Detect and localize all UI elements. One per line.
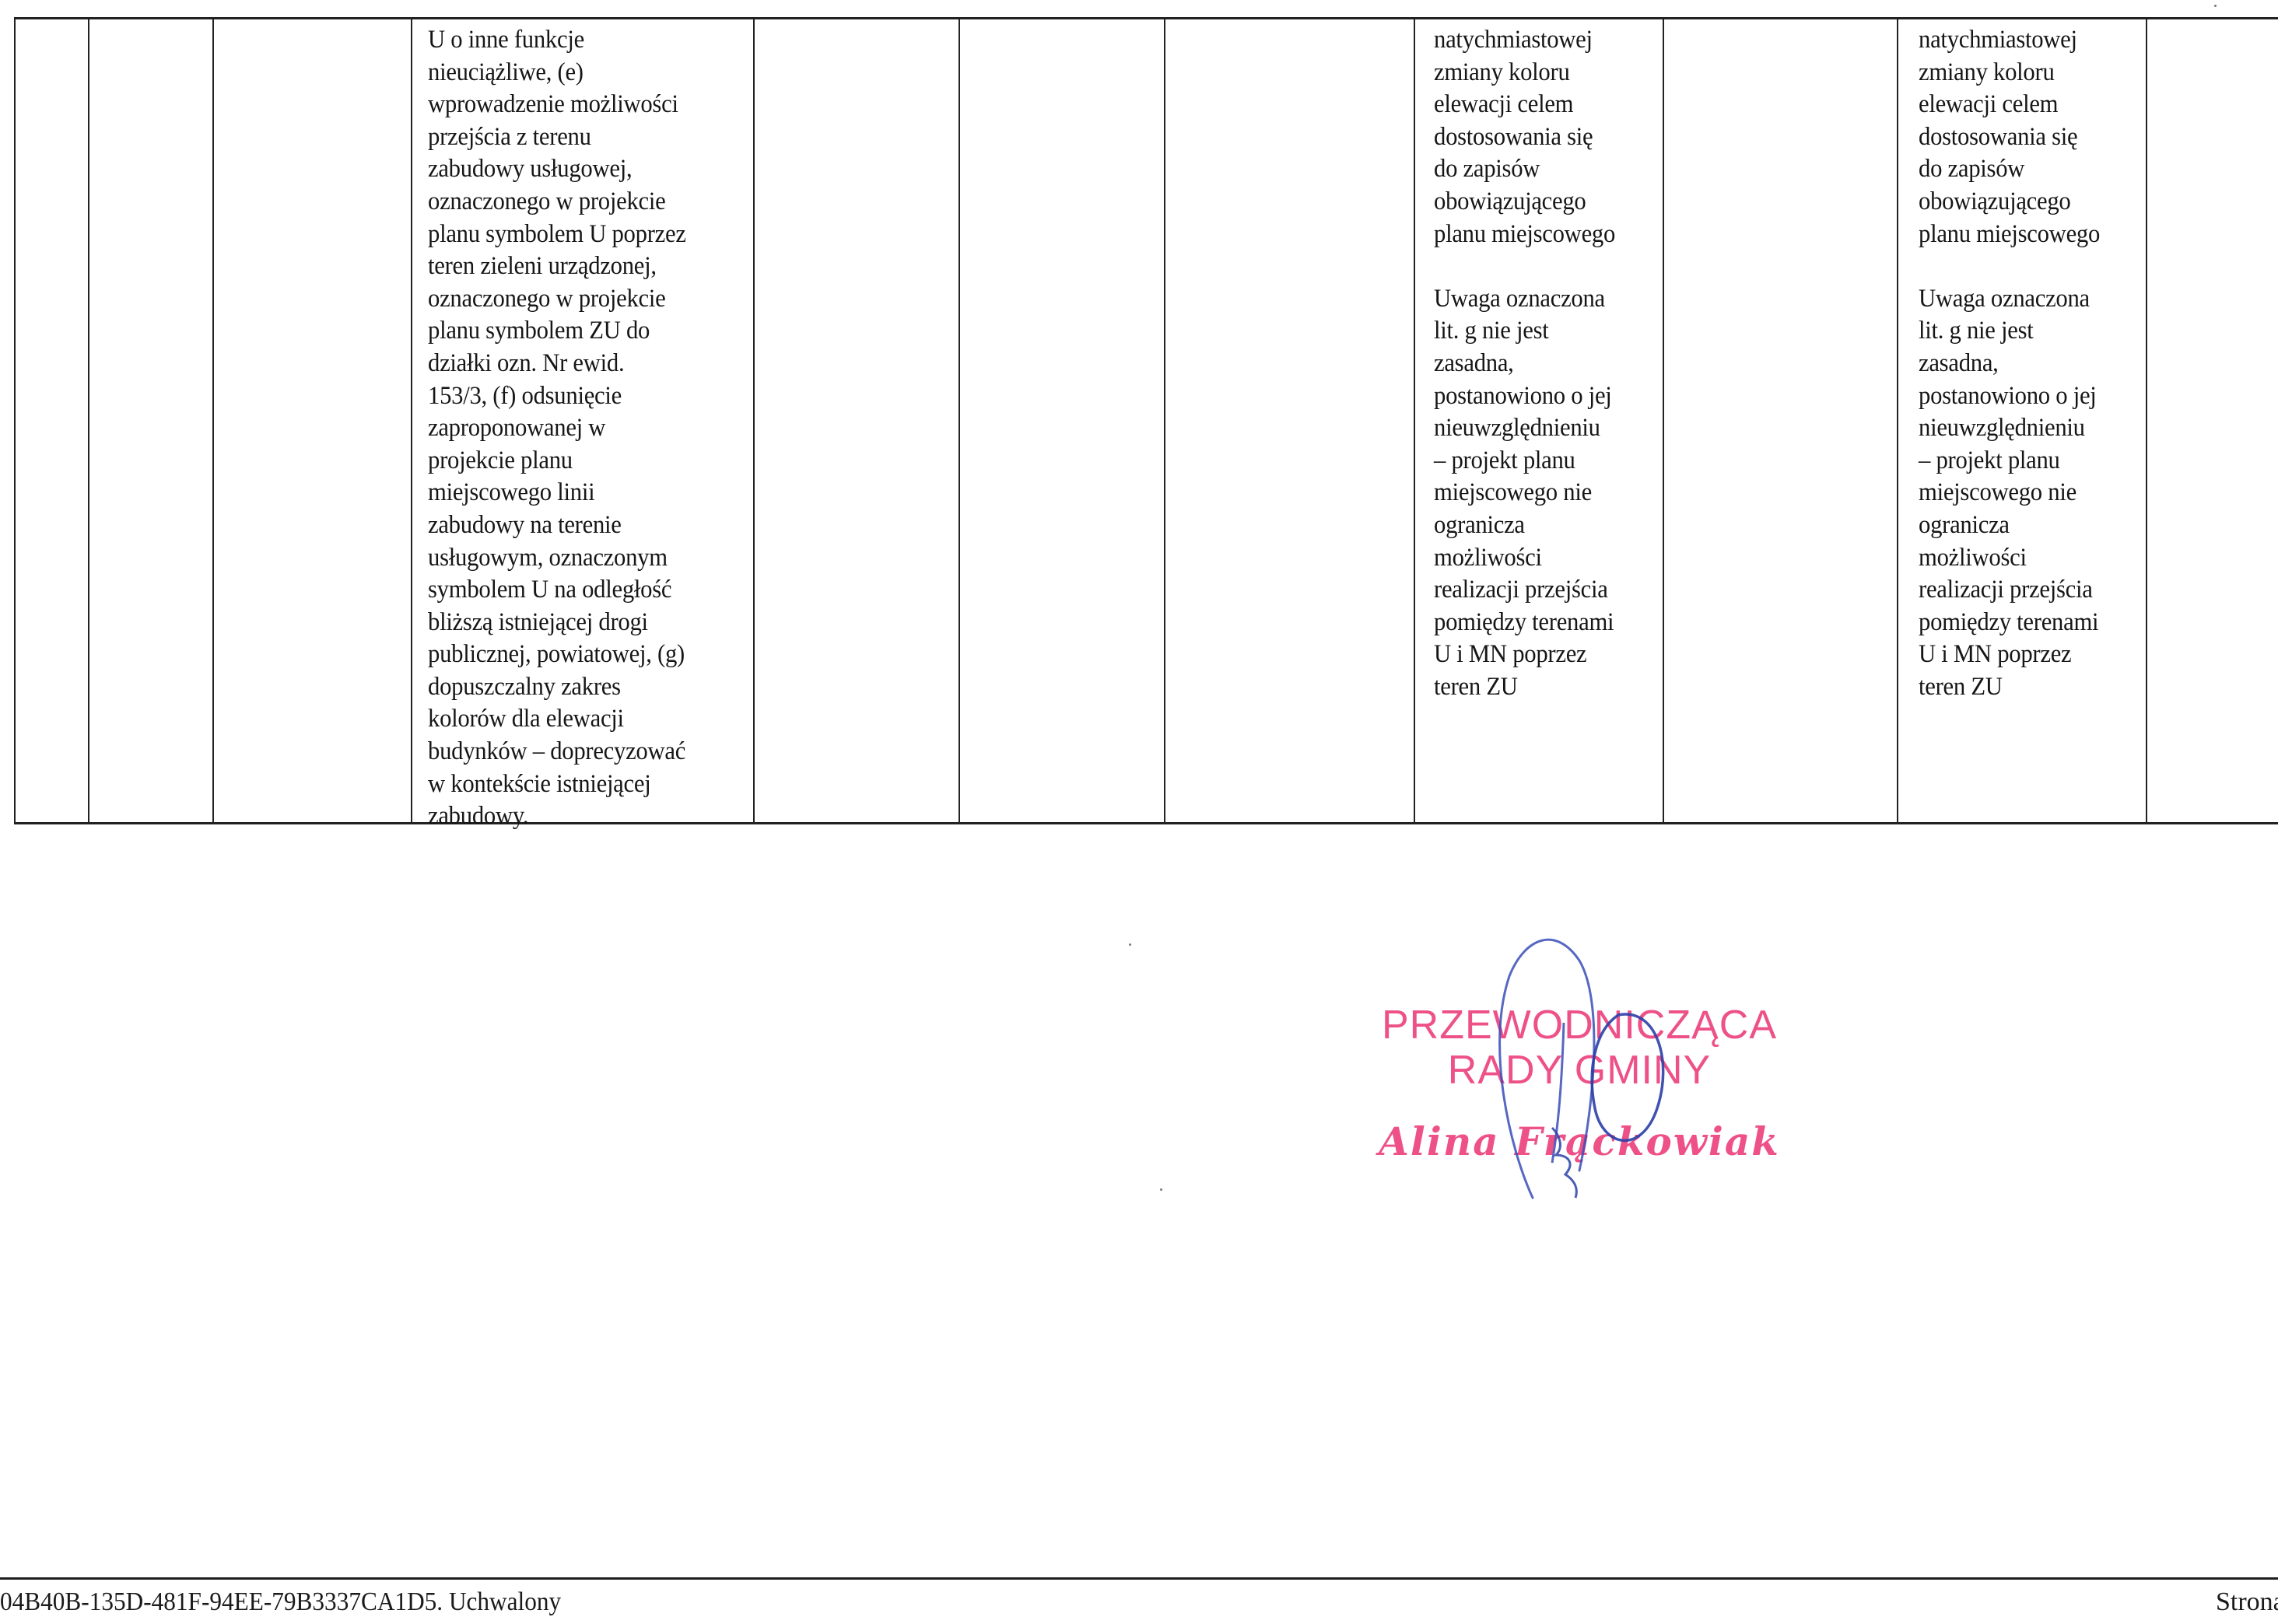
- council-decision-text: natychmiastowej zmiany koloru elewacji c…: [1919, 24, 2100, 703]
- scan-speck: [1129, 943, 1131, 946]
- table-cell-council-rejected: natychmiastowej zmiany koloru elewacji c…: [1898, 19, 2147, 822]
- official-stamp: PRZEWODNICZĄCA RADY GMINY Alina Frąckowi…: [1354, 1003, 1805, 1182]
- stamp-title: PRZEWODNICZĄCA: [1354, 1003, 1805, 1047]
- table-cell-remark-content: U o inne funkcje nieuciążliwe, (e) wprow…: [412, 19, 755, 822]
- table-cell-council-accepted: [1664, 19, 1898, 822]
- remark-content-text: U o inne funkcje nieuciążliwe, (e) wprow…: [428, 24, 686, 833]
- table-cell-plan-provision: [960, 19, 1165, 822]
- wojt-decision-text: natychmiastowej zmiany koloru elewacji c…: [1434, 24, 1615, 703]
- table-cell-date: [89, 19, 214, 822]
- table-cell-submitter: [214, 19, 412, 822]
- table-cell-notes: [2147, 19, 2278, 822]
- table-cell-property: [755, 19, 960, 822]
- scan-speck: [1160, 1188, 1162, 1191]
- footer-page-label: Strona: [2216, 1587, 2278, 1618]
- footer-divider: [0, 1577, 2278, 1580]
- table-cell-wojt-rejected: natychmiastowej zmiany koloru elewacji c…: [1415, 19, 1664, 822]
- remarks-table: U o inne funkcje nieuciążliwe, (e) wprow…: [14, 17, 2278, 824]
- table-cell-lp: [16, 19, 89, 822]
- scan-speck: [2214, 5, 2217, 7]
- stamp-name: Alina Frąckowiak: [1354, 1120, 1805, 1164]
- stamp-subtitle: RADY GMINY: [1354, 1048, 1805, 1092]
- footer-document-id: 04B40B-135D-481F-94EE-79B3337CA1D5. Uchw…: [0, 1587, 561, 1618]
- document-page: U o inne funkcje nieuciążliwe, (e) wprow…: [0, 0, 2278, 1624]
- table-cell-wojt-accepted: [1165, 19, 1415, 822]
